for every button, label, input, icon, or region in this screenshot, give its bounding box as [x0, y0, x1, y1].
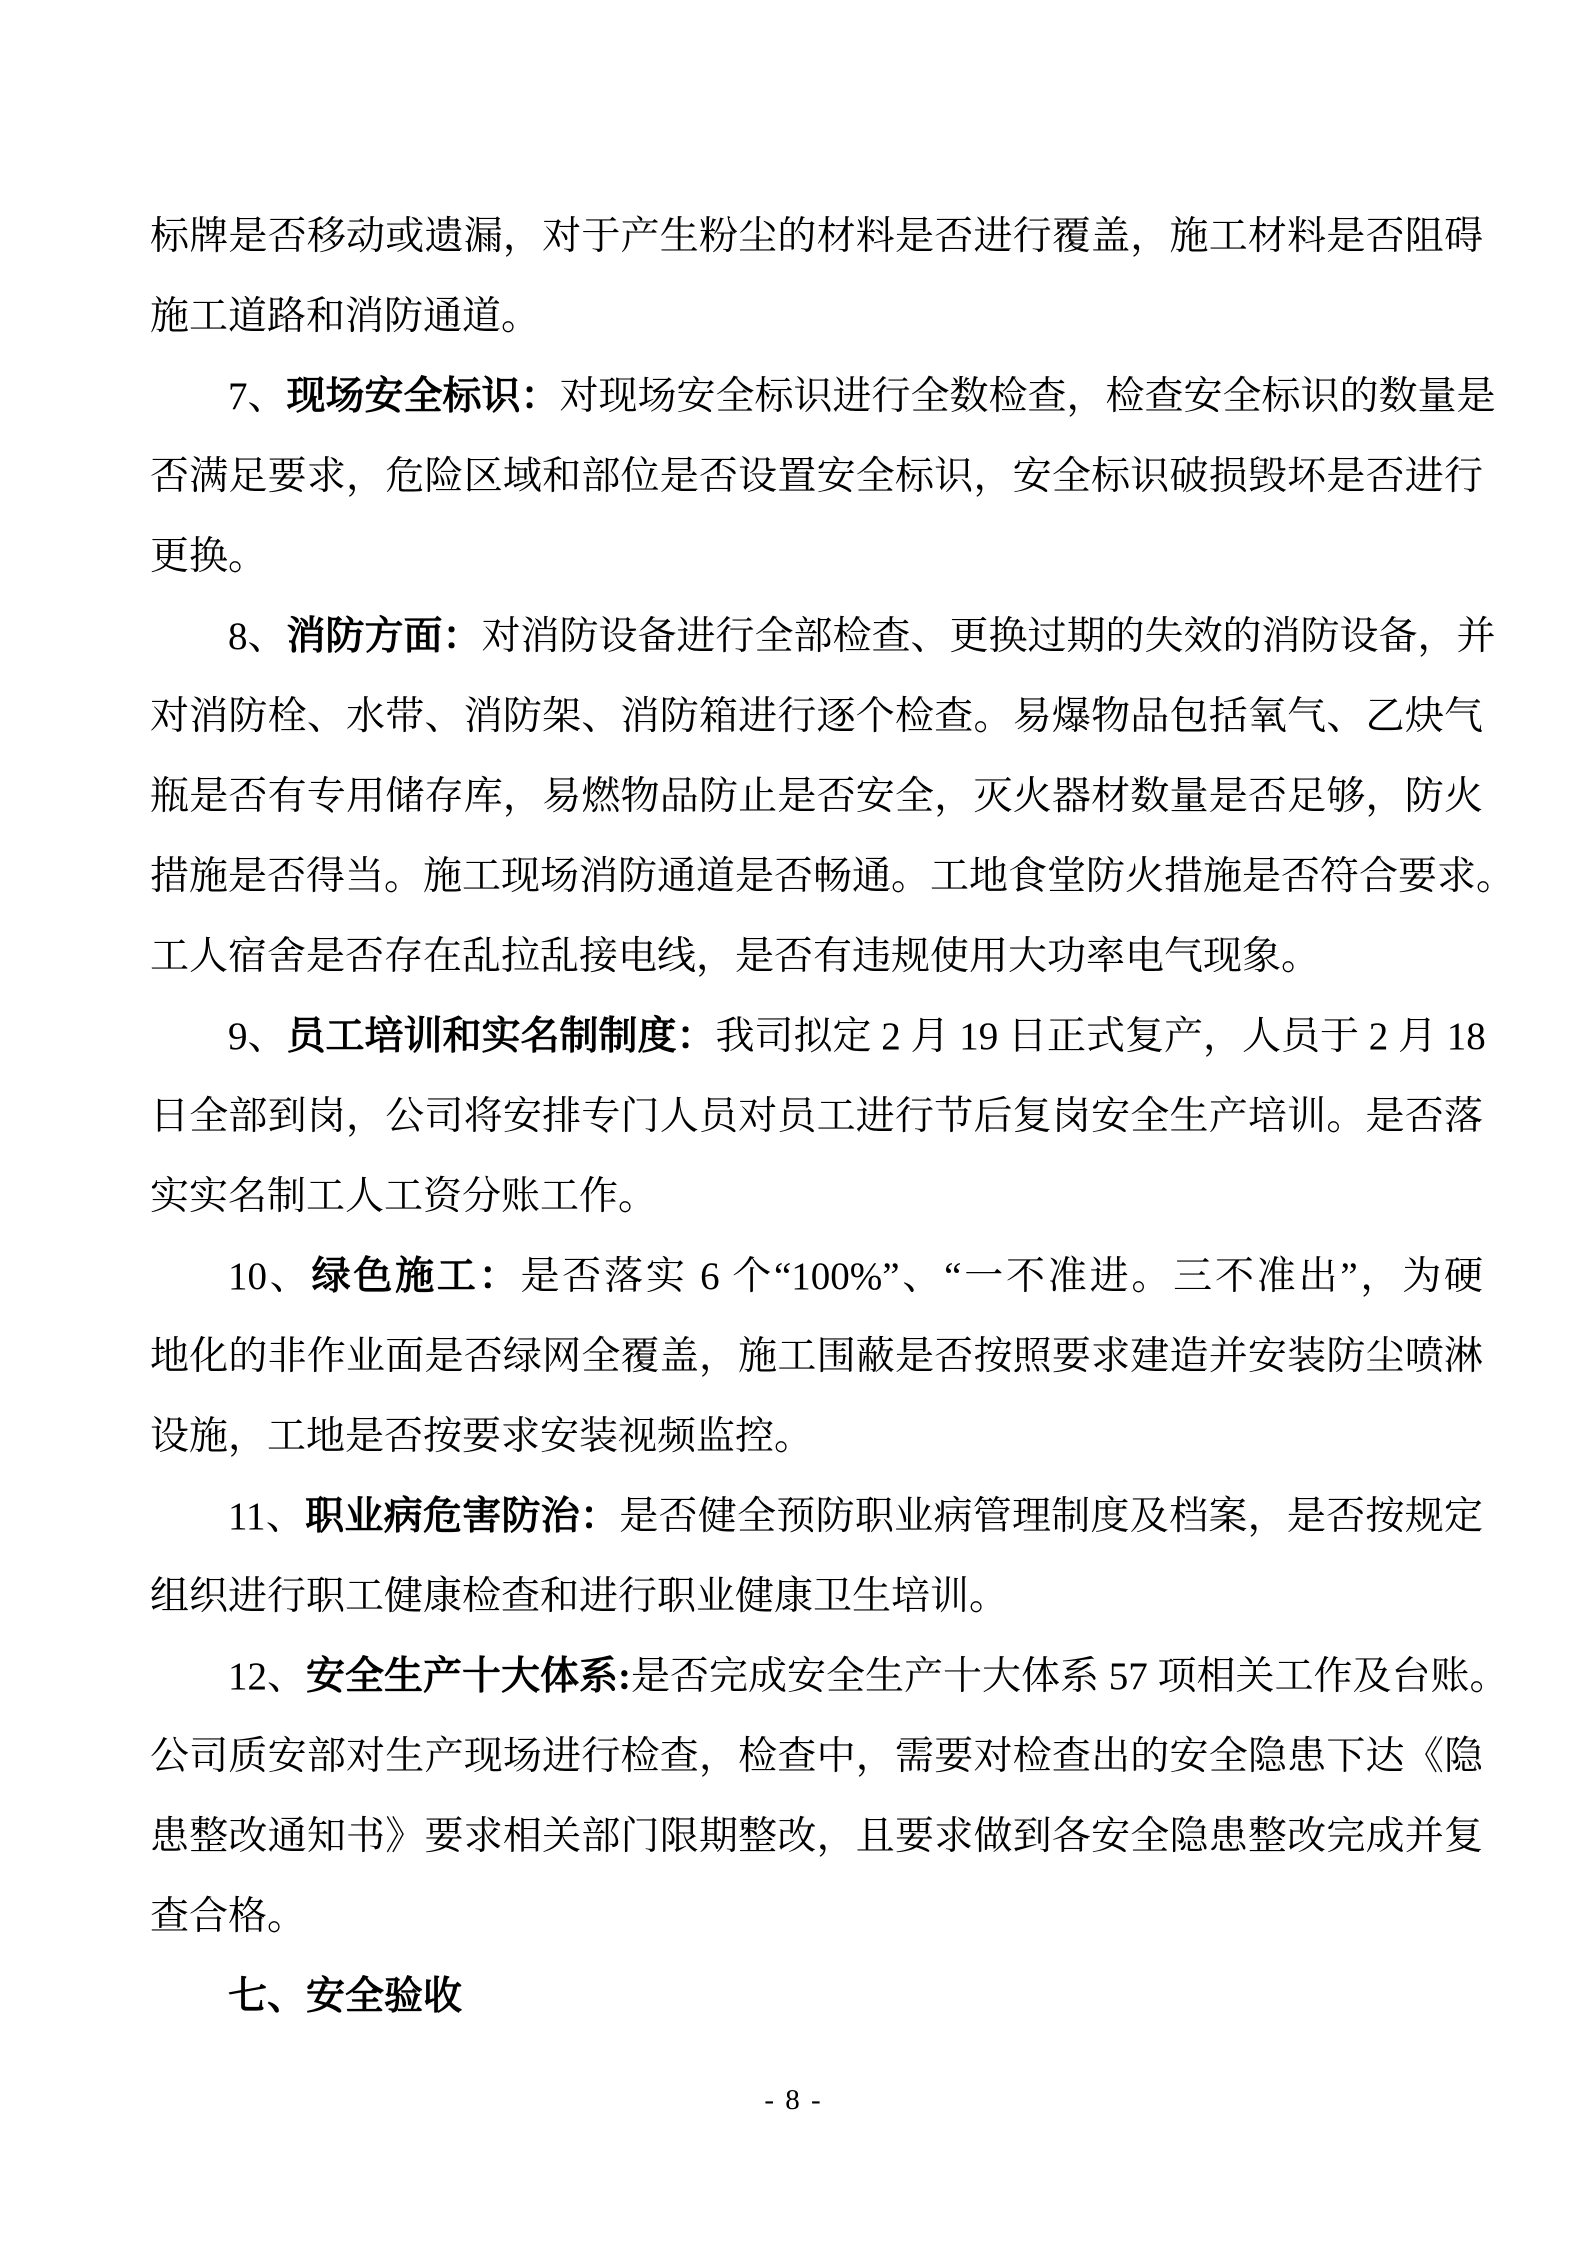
body-text: 地化的非作业面是否绿网全覆盖，施工围蔽是否按照要求建造并安装防尘喷淋	[150, 1335, 1483, 1378]
body-text: 公司质安部对生产现场进行检查，检查中，需要对检查出的安全隐患下达《隐	[150, 1735, 1483, 1778]
body-text: 是否落实 6 个“100%”、“一不准进。三不准出”，为硬	[521, 1255, 1483, 1298]
text-line: 七、安全验收	[150, 1957, 1483, 2037]
paragraph-10-green-construction: 10、绿色施工：是否落实 6 个“100%”、“一不准进。三不准出”，为硬地化的…	[150, 1237, 1483, 1477]
body-text: 工人宿舍是否存在乱拉乱接电线，是否有违规使用大功率电气现象。	[150, 935, 1320, 978]
bold-text: 七、安全验收	[228, 1975, 462, 2018]
text-line: 措施是否得当。施工现场消防通道是否畅通。工地食堂防火措施是否符合要求。	[150, 837, 1483, 917]
heading-7-safety-acceptance: 七、安全验收	[150, 1957, 1483, 2037]
bold-text: 消防方面：	[287, 615, 482, 658]
body-text: 设施，工地是否按要求安装视频监控。	[150, 1415, 813, 1458]
body-text: 7、	[228, 375, 287, 418]
body-text: 施工道路和消防通道。	[150, 295, 540, 338]
text-line: 查合格。	[150, 1877, 1483, 1957]
text-line: 更换。	[150, 517, 1483, 597]
body-text: 8、	[228, 615, 287, 658]
bold-text: 职业病危害防治：	[305, 1495, 619, 1538]
text-line: 瓶是否有专用储存库，易燃物品防止是否安全，灭火器材数量是否足够，防火	[150, 757, 1483, 837]
text-line: 8、消防方面：对消防设备进行全部检查、更换过期的失效的消防设备，并	[150, 597, 1483, 677]
bold-text: 安全生产十大体系:	[306, 1655, 631, 1698]
text-line: 9、员工培训和实名制制度：我司拟定 2 月 19 日正式复产，人员于 2 月 1…	[150, 997, 1483, 1077]
text-line: 12、安全生产十大体系:是否完成安全生产十大体系 57 项相关工作及台账。	[150, 1637, 1483, 1717]
text-line: 组织进行职工健康检查和进行职业健康卫生培训。	[150, 1557, 1483, 1637]
bold-text: 绿色施工：	[312, 1255, 521, 1298]
text-line: 10、绿色施工：是否落实 6 个“100%”、“一不准进。三不准出”，为硬	[150, 1237, 1483, 1317]
paragraph-12-ten-safety-systems: 12、安全生产十大体系:是否完成安全生产十大体系 57 项相关工作及台账。公司质…	[150, 1637, 1483, 1957]
bold-text: 员工培训和实名制制度：	[287, 1015, 716, 1058]
body-text: 是否健全预防职业病管理制度及档案，是否按规定	[619, 1495, 1483, 1538]
body-text: 12、	[228, 1655, 306, 1698]
bold-text: 现场安全标识：	[287, 375, 560, 418]
body-text: 是否完成安全生产十大体系 57 项相关工作及台账。	[631, 1655, 1509, 1698]
text-line: 7、现场安全标识：对现场安全标识进行全数检查，检查安全标识的数量是	[150, 357, 1483, 437]
body-text: 我司拟定 2 月 19 日正式复产，人员于 2 月 18	[716, 1015, 1486, 1058]
body-text: 11、	[228, 1495, 305, 1538]
text-line: 实实名制工人工资分账工作。	[150, 1157, 1483, 1237]
document-page: 标牌是否移动或遗漏，对于产生粉尘的材料是否进行覆盖，施工材料是否阻碍施工道路和消…	[0, 0, 1587, 2245]
paragraph-9-training-real-name-system: 9、员工培训和实名制制度：我司拟定 2 月 19 日正式复产，人员于 2 月 1…	[150, 997, 1483, 1237]
text-line: 11、职业病危害防治：是否健全预防职业病管理制度及档案，是否按规定	[150, 1477, 1483, 1557]
paragraph-11-occupational-disease: 11、职业病危害防治：是否健全预防职业病管理制度及档案，是否按规定组织进行职工健…	[150, 1477, 1483, 1637]
paragraph-8-fire-protection: 8、消防方面：对消防设备进行全部检查、更换过期的失效的消防设备，并对消防栓、水带…	[150, 597, 1483, 997]
document-body: 标牌是否移动或遗漏，对于产生粉尘的材料是否进行覆盖，施工材料是否阻碍施工道路和消…	[150, 197, 1483, 2037]
body-text: 日全部到岗，公司将安排专门人员对员工进行节后复岗安全生产培训。是否落	[150, 1095, 1483, 1138]
page-number: - 8 -	[0, 2060, 1587, 2140]
body-text: 标牌是否移动或遗漏，对于产生粉尘的材料是否进行覆盖，施工材料是否阻碍	[150, 215, 1483, 258]
body-text: 瓶是否有专用储存库，易燃物品防止是否安全，灭火器材数量是否足够，防火	[150, 775, 1483, 818]
body-text: 实实名制工人工资分账工作。	[150, 1175, 657, 1218]
text-line: 设施，工地是否按要求安装视频监控。	[150, 1397, 1483, 1477]
body-text: 患整改通知书》要求相关部门限期整改，且要求做到各安全隐患整改完成并复	[150, 1815, 1483, 1858]
body-text: 对消防栓、水带、消防架、消防箱进行逐个检查。易爆物品包括氧气、乙炔气	[150, 695, 1483, 738]
text-line: 标牌是否移动或遗漏，对于产生粉尘的材料是否进行覆盖，施工材料是否阻碍	[150, 197, 1483, 277]
body-text: 更换。	[150, 535, 267, 578]
text-line: 日全部到岗，公司将安排专门人员对员工进行节后复岗安全生产培训。是否落	[150, 1077, 1483, 1157]
body-text: 组织进行职工健康检查和进行职业健康卫生培训。	[150, 1575, 1008, 1618]
paragraph-signage-continuation: 标牌是否移动或遗漏，对于产生粉尘的材料是否进行覆盖，施工材料是否阻碍施工道路和消…	[150, 197, 1483, 357]
body-text: 10、	[228, 1255, 312, 1298]
body-text: 查合格。	[150, 1895, 306, 1938]
body-text: 措施是否得当。施工现场消防通道是否畅通。工地食堂防火措施是否符合要求。	[150, 855, 1515, 898]
body-text: 对消防设备进行全部检查、更换过期的失效的消防设备，并	[482, 615, 1496, 658]
text-line: 施工道路和消防通道。	[150, 277, 1483, 357]
text-line: 患整改通知书》要求相关部门限期整改，且要求做到各安全隐患整改完成并复	[150, 1797, 1483, 1877]
text-line: 否满足要求，危险区域和部位是否设置安全标识，安全标识破损毁坏是否进行	[150, 437, 1483, 517]
text-line: 地化的非作业面是否绿网全覆盖，施工围蔽是否按照要求建造并安装防尘喷淋	[150, 1317, 1483, 1397]
text-line: 对消防栓、水带、消防架、消防箱进行逐个检查。易爆物品包括氧气、乙炔气	[150, 677, 1483, 757]
body-text: 对现场安全标识进行全数检查，检查安全标识的数量是	[560, 375, 1496, 418]
body-text: 9、	[228, 1015, 287, 1058]
paragraph-7-site-safety-signs: 7、现场安全标识：对现场安全标识进行全数检查，检查安全标识的数量是否满足要求，危…	[150, 357, 1483, 597]
text-line: 工人宿舍是否存在乱拉乱接电线，是否有违规使用大功率电气现象。	[150, 917, 1483, 997]
body-text: 否满足要求，危险区域和部位是否设置安全标识，安全标识破损毁坏是否进行	[150, 455, 1483, 498]
text-line: 公司质安部对生产现场进行检查，检查中，需要对检查出的安全隐患下达《隐	[150, 1717, 1483, 1797]
